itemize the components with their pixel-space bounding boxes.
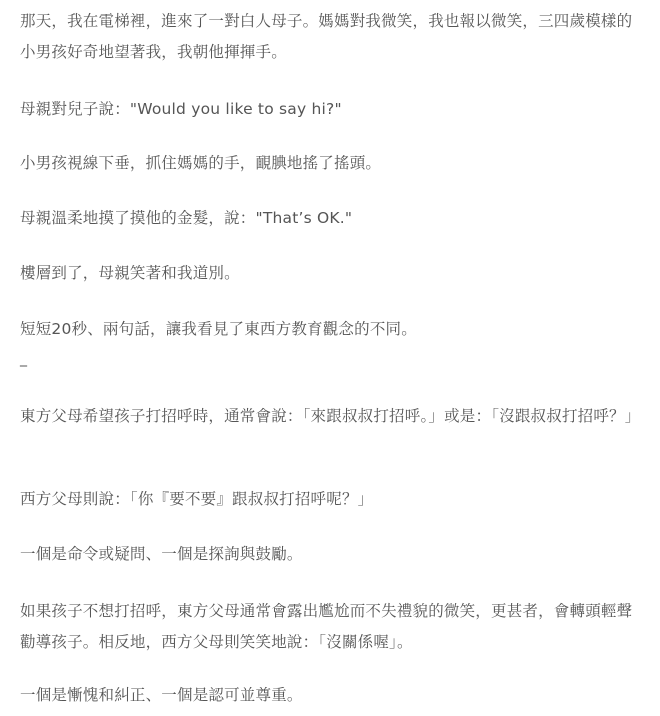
paragraph-contrast-1: 一個是命令或疑問、一個是探詢與鼓勵。 bbox=[20, 539, 640, 570]
paragraph-eastern-parents: 東方父母希望孩子打招呼時，通常會說：「來跟叔叔打招呼。」或是：「沒跟叔叔打招呼？… bbox=[20, 401, 640, 432]
separator-dash: _ bbox=[20, 352, 640, 366]
paragraph-contrast-2: 一個是慚愧和糾正、一個是認可並尊重。 bbox=[20, 680, 640, 711]
paragraph-observation: 短短20秒、兩句話，讓我看見了東西方教育觀念的不同。 bbox=[20, 314, 640, 345]
paragraph-elevator-scene: 那天，我在電梯裡，進來了一對白人母子。媽媽對我微笑，我也報以微笑，三四歲模樣的小… bbox=[20, 6, 640, 68]
paragraph-western-parents: 西方父母則說：「你『要不要』跟叔叔打招呼呢？」 bbox=[20, 484, 640, 515]
paragraph-mother-asks: 母親對兒子說："Would you like to say hi?" bbox=[20, 94, 640, 125]
paragraph-reaction: 如果孩子不想打招呼，東方父母通常會露出尷尬而不失禮貌的微笑，更甚者，會轉頭輕聲勸… bbox=[20, 596, 640, 658]
paragraph-farewell: 樓層到了，母親笑著和我道別。 bbox=[20, 258, 640, 289]
paragraph-boy-shakes-head: 小男孩視線下垂，抓住媽媽的手，靦腆地搖了搖頭。 bbox=[20, 148, 640, 179]
paragraph-mother-says-ok: 母親溫柔地摸了摸他的金髮，說："That’s OK." bbox=[20, 203, 640, 234]
